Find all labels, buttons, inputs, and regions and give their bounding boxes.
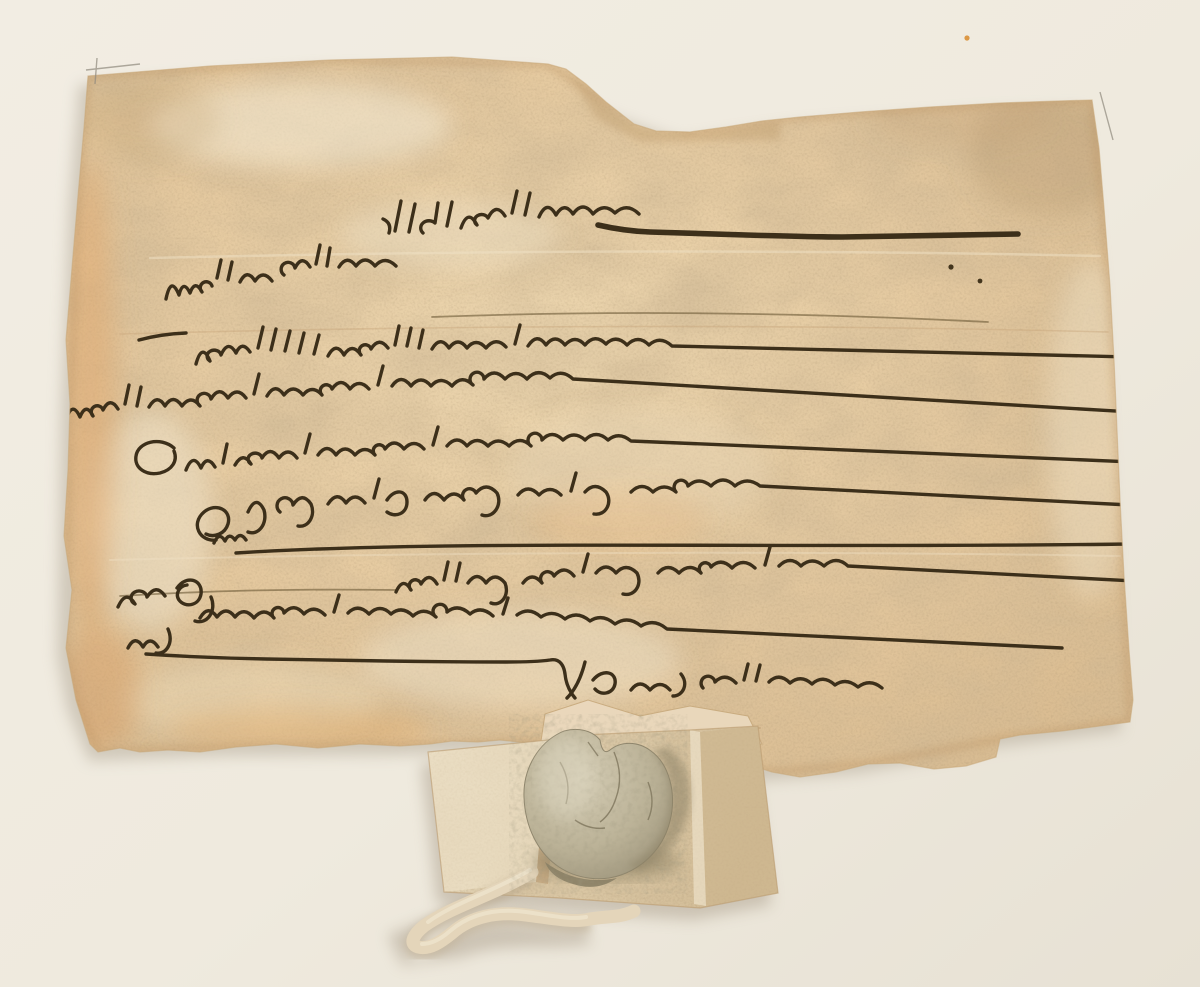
ink-dot [948,264,953,269]
ink-dot [978,279,983,284]
parchment-sheet [40,40,1160,780]
artifact-photo-svg: Parchment document with clay sealing [0,0,1200,987]
orange-fiber [964,35,969,40]
clay-highlight [538,738,594,818]
artifact-photo: Parchment document with clay sealing [0,0,1200,987]
